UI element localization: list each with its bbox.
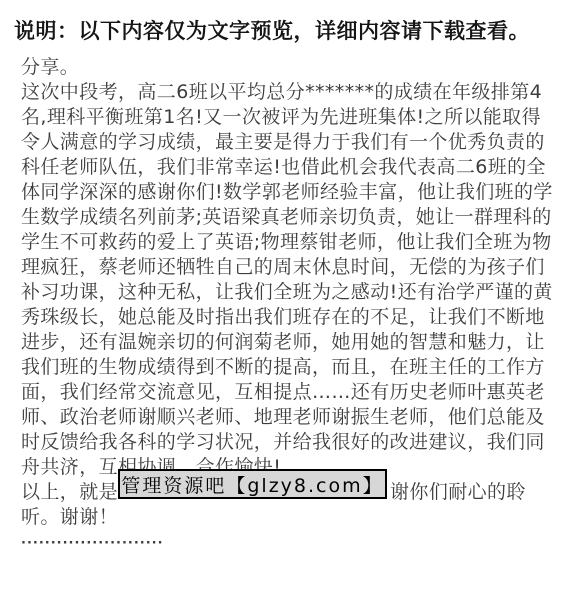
watermark-text: 管理资源吧【glzy8.com】 xyxy=(121,471,383,498)
watermark-badge: 管理资源吧【glzy8.com】 xyxy=(118,469,387,499)
text-line: 体同学深深的感谢你们!数学郭老师经验丰富，他让我们班的学 xyxy=(21,180,566,205)
obscured-line-left: 以上，就是 xyxy=(21,480,118,505)
text-line: 生数学成绩名列前茅;英语梁真老师亲切负责，她让一群理科的 xyxy=(21,205,566,230)
text-line: 分享。 xyxy=(21,55,566,80)
text-line: 补习功课，这种无私，让我们全班为之感动!还有治学严谨的黄 xyxy=(21,280,566,305)
text-line: 学生不可救药的爱上了英语;物理蔡钳老师，他让我们全班为物 xyxy=(21,230,566,255)
dots-line: ························ xyxy=(21,531,566,556)
text-line: 理疯狂，蔡老师还牺牲自己的周末休息时间，无偿的为孩子们 xyxy=(21,255,566,280)
text-line: 令人满意的学习成绩，最主要是得力于我们有一个优秀负责的 xyxy=(21,130,566,155)
closing-line: 听。谢谢！ xyxy=(21,505,566,530)
text-line: 进步，还有温婉亲切的何润菊老师，她用她的智慧和魅力，让 xyxy=(21,330,566,355)
text-line: 面，我们经常交流意见，互相提点……还有历史老师叶惠英老 xyxy=(21,380,566,405)
obscured-line-right: 谢你们耐心的聆 xyxy=(390,480,526,505)
text-line: 师、政治老师谢顺兴老师、地理老师谢振生老师，他们总能及 xyxy=(21,405,566,430)
text-line: 这次中段考，高二6班以平均总分*******的成绩在年级排第4 xyxy=(21,80,566,105)
preview-page: 说明：以下内容仅为文字预览，详细内容请下载查看。 分享。 这次中段考，高二6班以… xyxy=(0,0,578,600)
preview-notice: 说明：以下内容仅为文字预览，详细内容请下载查看。 xyxy=(14,15,530,45)
text-line: 秀珠级长，她总能及时指出我们班存在的不足，让我们不断地 xyxy=(21,305,566,330)
text-line: 时反馈给我各科的学习状况，并给我很好的改进建议，我们同 xyxy=(21,430,566,455)
text-line: 我们班的生物成绩得到不断的提高，而且，在班主任的工作方 xyxy=(21,355,566,380)
text-line: 名,理科平衡班第1名!又一次被评为先进班集体!之所以能取得 xyxy=(21,105,566,130)
text-line: 科任老师队伍，我们非常幸运!也借此机会我代表高二6班的全 xyxy=(21,155,566,180)
